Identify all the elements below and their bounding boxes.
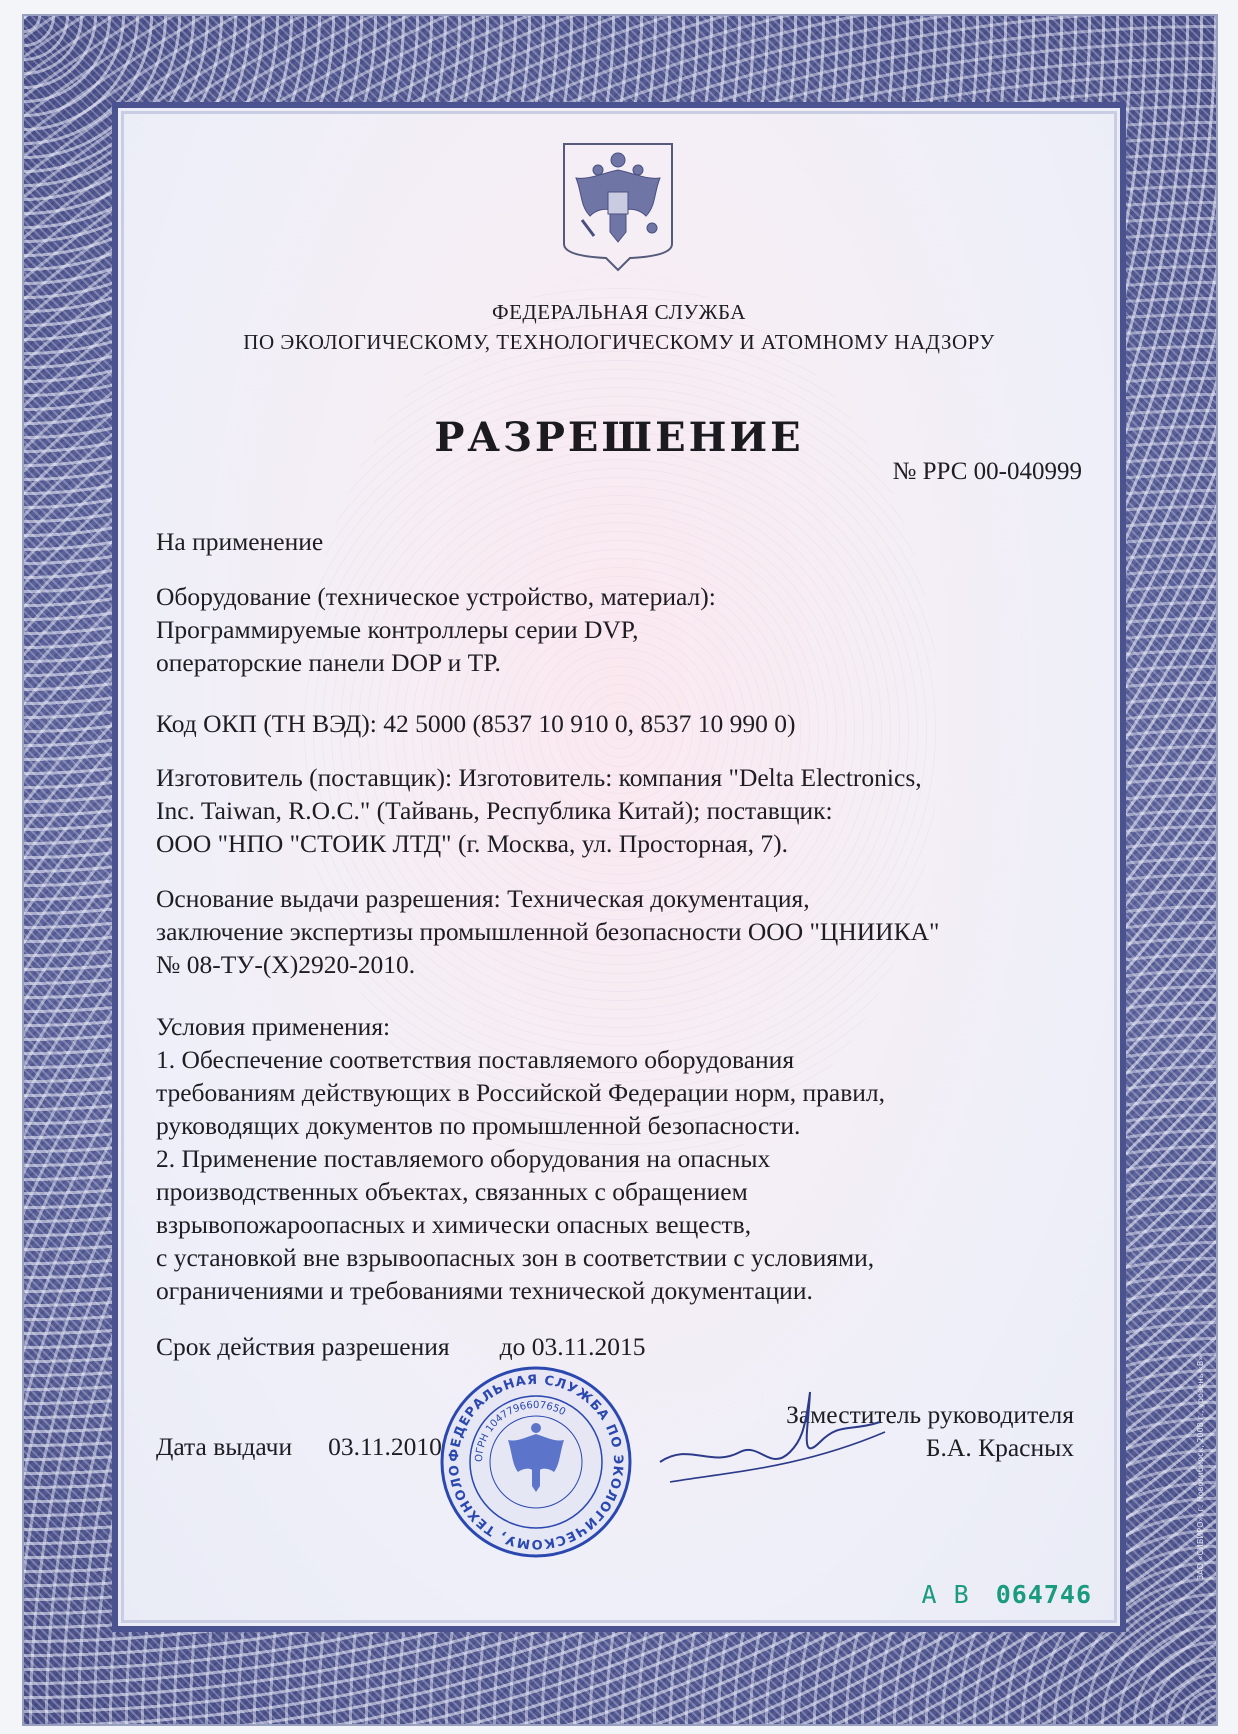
validity-label: Срок действия разрешения bbox=[156, 1332, 450, 1361]
validity-row: Срок действия разрешениядо 03.11.2015 bbox=[156, 1330, 1076, 1363]
issue-date-label: Дата выдачи bbox=[156, 1432, 292, 1461]
okp-code-text: Код ОКП (ТН ВЭД): 42 5000 (8537 10 910 0… bbox=[156, 707, 1076, 740]
official-seal-icon: ФЕДЕРАЛЬНАЯ СЛУЖБА ПО ЭКОЛОГИЧЕСКОМУ, ТЕ… bbox=[438, 1364, 634, 1560]
conditions-text: Условия применения: 1. Обеспечение соотв… bbox=[156, 1010, 1076, 1307]
equipment-text: Оборудование (техническое устройство, ма… bbox=[156, 580, 1076, 679]
printer-imprint: ЗАО «СИБИРО», г. Новосибирск, 2008 г., у… bbox=[1196, 1330, 1210, 1580]
serial-number: 064746 bbox=[996, 1580, 1092, 1609]
document-title: РАЗРЕШЕНИЕ bbox=[0, 414, 1238, 461]
basis-text: Основание выдачи разрешения: Техническая… bbox=[156, 882, 1076, 981]
issue-date-row: Дата выдачи03.11.2010 bbox=[156, 1432, 442, 1462]
agency-name-line1: ФЕДЕРАЛЬНАЯ СЛУЖБА bbox=[0, 300, 1238, 325]
form-serial-number: А В064746 bbox=[922, 1580, 1092, 1609]
signature-icon bbox=[650, 1372, 890, 1502]
permit-number: № РРС 00-040999 bbox=[893, 458, 1082, 486]
serial-series: А В bbox=[922, 1580, 970, 1609]
agency-name-line2: ПО ЭКОЛОГИЧЕСКОМУ, ТЕХНОЛОГИЧЕСКОМУ И АТ… bbox=[0, 330, 1238, 355]
double-headed-eagle-icon bbox=[560, 140, 676, 272]
purpose-text: На применение bbox=[156, 525, 1076, 558]
issue-date-value: 03.11.2010 bbox=[328, 1432, 442, 1461]
manufacturer-text: Изготовитель (поставщик): Изготовитель: … bbox=[156, 761, 1076, 860]
validity-value: до 03.11.2015 bbox=[500, 1332, 646, 1361]
